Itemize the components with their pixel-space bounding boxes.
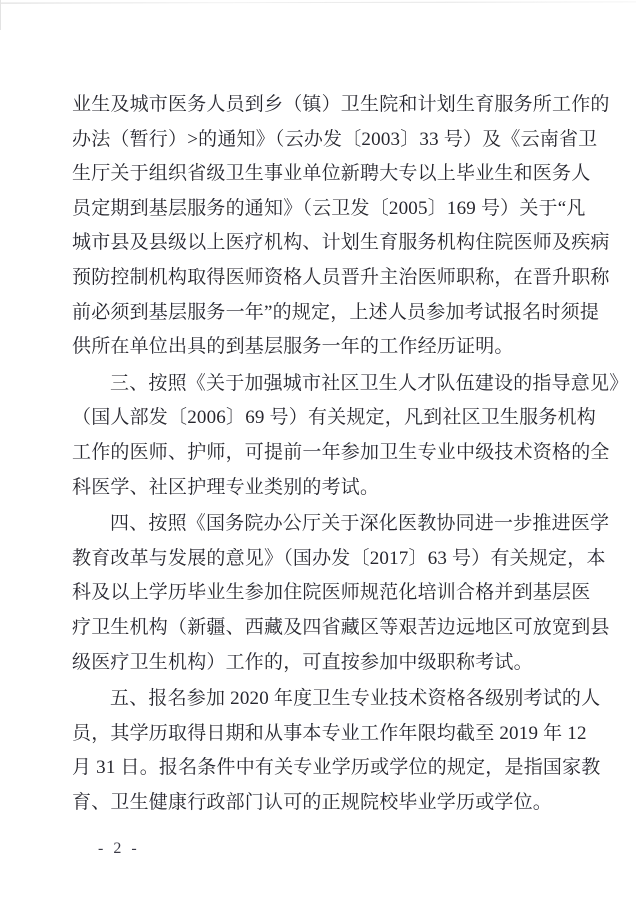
text-line: 员，其学历取得日期和从事本专业工作年限均截至 2019 年 12 xyxy=(72,717,572,752)
text-line: 疗卫生机构（新疆、西藏及四省藏区等艰苦边远地区可放宽到县 xyxy=(72,611,572,646)
text-line: 五、报名参加 2020 年度卫生专业技术资格各级别考试的人 xyxy=(72,682,572,717)
text-line: 育、卫生健康行政部门认可的正规院校毕业学历或学位。 xyxy=(72,786,572,821)
paragraph: 五、报名参加 2020 年度卫生专业技术资格各级别考试的人员，其学历取得日期和从… xyxy=(72,682,572,820)
text-line: 供所在单位出具的到基层服务一年的工作经历证明。 xyxy=(72,330,572,365)
text-line: 办法（暂行）>的通知》（云办发〔2003〕33 号）及《云南省卫 xyxy=(72,123,572,158)
text-line: 月 31 日。报名条件中有关专业学历或学位的规定，是指国家教 xyxy=(72,751,572,786)
text-line: 城市县及县级以上医疗机构、计划生育服务机构住院医师及疾病 xyxy=(72,226,572,261)
page-number: - 2 - xyxy=(98,840,140,858)
document-body: 业生及城市医务人员到乡（镇）卫生院和计划生育服务所工作的办法（暂行）>的通知》（… xyxy=(72,88,572,822)
text-line: 工作的医师、护师，可提前一年参加卫生专业中级技术资格的全 xyxy=(72,436,572,471)
text-line: 预防控制机构取得医师资格人员晋升主治医师职称，在晋升职称 xyxy=(72,261,572,296)
text-line: 业生及城市医务人员到乡（镇）卫生院和计划生育服务所工作的 xyxy=(72,88,572,123)
text-line: 科及以上学历毕业生参加住院医师规范化培训合格并到基层医 xyxy=(72,576,572,611)
paragraph: 四、按照《国务院办公厅关于深化医教协同进一步推进医学教育改革与发展的意见》（国办… xyxy=(72,507,572,680)
text-line: 员定期到基层服务的通知》（云卫发〔2005〕169 号）关于“凡 xyxy=(72,192,572,227)
text-line: 四、按照《国务院办公厅关于深化医教协同进一步推进医学 xyxy=(72,507,572,542)
scanned-document-page: 业生及城市医务人员到乡（镇）卫生院和计划生育服务所工作的办法（暂行）>的通知》（… xyxy=(0,0,636,904)
text-line: 教育改革与发展的意见》（国办发〔2017〕63 号）有关规定，本 xyxy=(72,542,572,577)
text-line: 三、按照《关于加强城市社区卫生人才队伍建设的指导意见》 xyxy=(72,367,572,402)
text-line: （国人部发〔2006〕69 号）有关规定，凡到社区卫生服务机构 xyxy=(72,401,572,436)
text-line: 前必须到基层服务一年”的规定，上述人员参加考试报名时须提 xyxy=(72,296,572,331)
text-line: 科医学、社区护理专业类别的考试。 xyxy=(72,471,572,506)
scan-artifact-left-edge xyxy=(0,0,1,30)
text-line: 级医疗卫生机构）工作的，可直按参加中级职称考试。 xyxy=(72,646,572,681)
scan-artifact-top-edge xyxy=(0,1,636,3)
paragraph: 业生及城市医务人员到乡（镇）卫生院和计划生育服务所工作的办法（暂行）>的通知》（… xyxy=(72,88,572,365)
paragraph: 三、按照《关于加强城市社区卫生人才队伍建设的指导意见》（国人部发〔2006〕69… xyxy=(72,367,572,505)
text-line: 生厅关于组织省级卫生事业单位新聘大专以上毕业生和医务人 xyxy=(72,157,572,192)
